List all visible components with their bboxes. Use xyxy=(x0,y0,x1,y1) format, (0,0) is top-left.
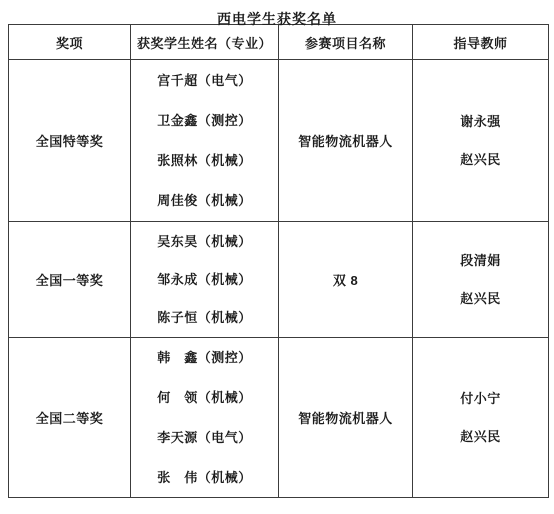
student-name: 张照林（机械） xyxy=(157,150,252,171)
students-cell: 吴东昊（机械） 邹永成（机械） 陈子恒（机械） xyxy=(131,222,279,338)
teachers-cell: 谢永强 赵兴民 xyxy=(413,60,549,222)
teacher-name: 付小宁 xyxy=(460,388,501,409)
document-page: 西电学生获奖名单 奖项 获奖学生姓名（专业） 参赛项目名称 指导教师 全国特等奖… xyxy=(0,0,554,514)
table-row: 全国一等奖 吴东昊（机械） 邹永成（机械） 陈子恒（机械） 双 8 段清娟 赵兴… xyxy=(9,222,549,338)
teachers-list: 谢永强 赵兴民 xyxy=(413,111,548,170)
teacher-name: 赵兴民 xyxy=(460,426,501,447)
student-name: 宫千超（电气） xyxy=(157,70,252,91)
awards-table: 奖项 获奖学生姓名（专业） 参赛项目名称 指导教师 全国特等奖 宫千超（电气） … xyxy=(8,24,549,498)
students-list: 吴东昊（机械） 邹永成（机械） 陈子恒（机械） xyxy=(131,222,278,337)
page-title: 西电学生获奖名单 xyxy=(0,0,554,24)
student-name: 卫金鑫（测控） xyxy=(157,110,252,131)
student-name: 张 伟（机械） xyxy=(157,467,252,488)
teachers-list: 段清娟 赵兴民 xyxy=(413,250,548,309)
teachers-cell: 段清娟 赵兴民 xyxy=(413,222,549,338)
col-header-award: 奖项 xyxy=(9,25,131,60)
teachers-cell: 付小宁 赵兴民 xyxy=(413,338,549,498)
student-name: 吴东昊（机械） xyxy=(157,231,252,252)
student-name: 韩 鑫（测控） xyxy=(157,347,252,368)
students-cell: 宫千超（电气） 卫金鑫（测控） 张照林（机械） 周佳俊（机械） xyxy=(131,60,279,222)
table-row: 全国特等奖 宫千超（电气） 卫金鑫（测控） 张照林（机械） 周佳俊（机械） 智能… xyxy=(9,60,549,222)
student-name: 陈子恒（机械） xyxy=(157,307,252,328)
award-cell: 全国一等奖 xyxy=(9,222,131,338)
project-cell: 双 8 xyxy=(279,222,413,338)
student-name: 邹永成（机械） xyxy=(157,269,252,290)
project-cell: 智能物流机器人 xyxy=(279,60,413,222)
students-list: 韩 鑫（测控） 何 领（机械） 李天源（电气） 张 伟（机械） xyxy=(131,338,278,497)
student-name: 周佳俊（机械） xyxy=(157,190,252,211)
teachers-list: 付小宁 赵兴民 xyxy=(413,388,548,447)
teacher-name: 谢永强 xyxy=(460,111,501,132)
student-name: 何 领（机械） xyxy=(157,387,252,408)
student-name: 李天源（电气） xyxy=(157,427,252,448)
award-cell: 全国特等奖 xyxy=(9,60,131,222)
col-header-teachers: 指导教师 xyxy=(413,25,549,60)
teacher-name: 赵兴民 xyxy=(460,288,501,309)
col-header-project: 参赛项目名称 xyxy=(279,25,413,60)
table-row: 全国二等奖 韩 鑫（测控） 何 领（机械） 李天源（电气） 张 伟（机械） 智能… xyxy=(9,338,549,498)
award-cell: 全国二等奖 xyxy=(9,338,131,498)
header-row: 奖项 获奖学生姓名（专业） 参赛项目名称 指导教师 xyxy=(9,25,549,60)
teacher-name: 段清娟 xyxy=(460,250,501,271)
project-cell: 智能物流机器人 xyxy=(279,338,413,498)
students-list: 宫千超（电气） 卫金鑫（测控） 张照林（机械） 周佳俊（机械） xyxy=(131,60,278,221)
students-cell: 韩 鑫（测控） 何 领（机械） 李天源（电气） 张 伟（机械） xyxy=(131,338,279,498)
teacher-name: 赵兴民 xyxy=(460,149,501,170)
col-header-students: 获奖学生姓名（专业） xyxy=(131,25,279,60)
